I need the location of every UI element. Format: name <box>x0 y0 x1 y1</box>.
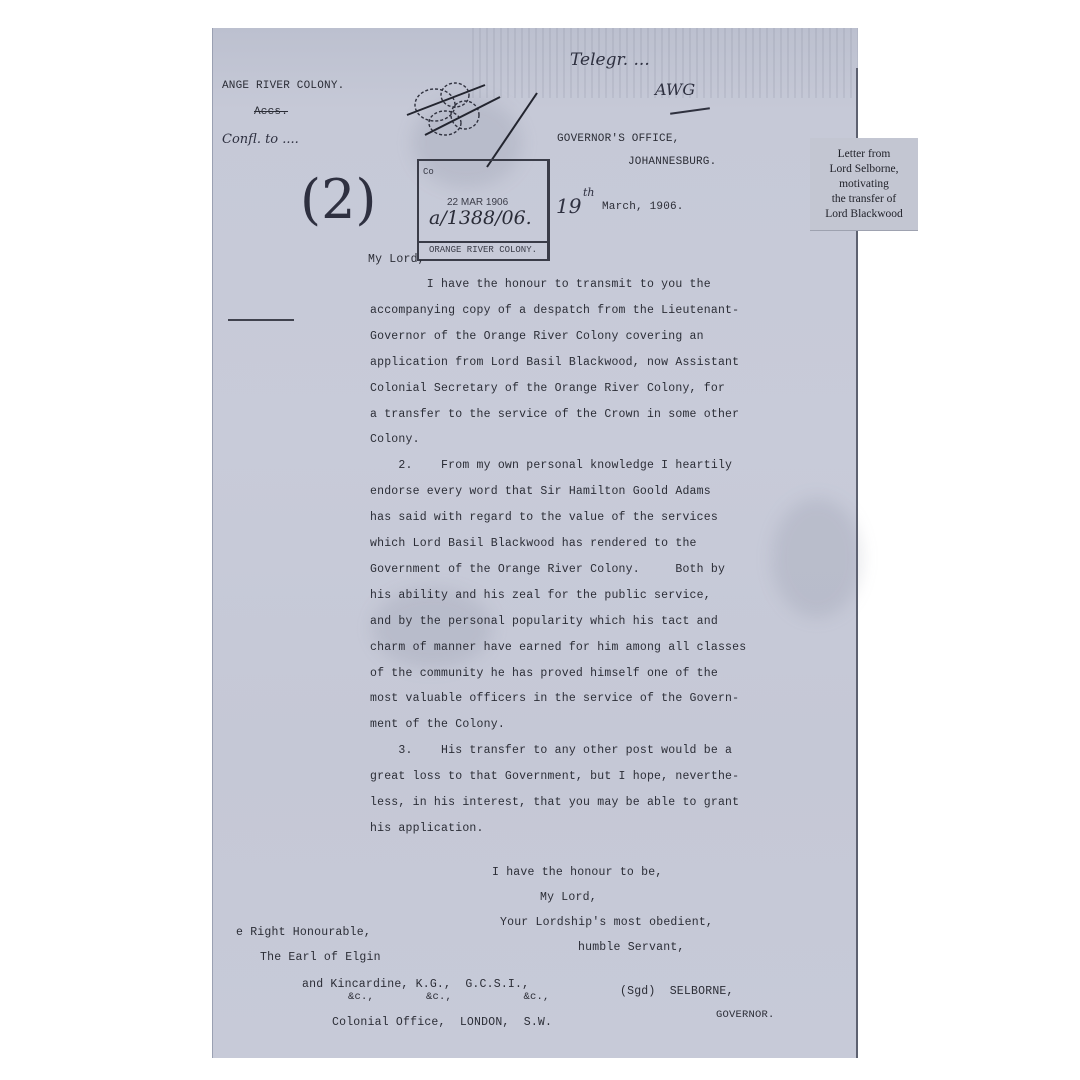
body-line: his ability and his zeal for the public … <box>370 589 711 602</box>
body-line: his application. <box>370 822 484 835</box>
caption-line: Lord Blackwood <box>825 207 903 222</box>
signatory-title: GOVERNOR. <box>716 1009 775 1021</box>
ink-smudge <box>772 498 862 618</box>
body-line: which Lord Basil Blackwood has rendered … <box>370 537 697 550</box>
body-line: ment of the Colony. <box>370 718 505 731</box>
stamp-footer: ORANGE RIVER COLONY. <box>419 241 547 259</box>
addressee-line-5: Colonial Office, LONDON, S.W. <box>332 1016 552 1029</box>
stamp-number: a/1388/06. <box>429 207 532 229</box>
date-line: March, 1906. <box>602 201 684 213</box>
caption-line: Letter from <box>825 147 903 162</box>
addressee-line-4: &c., &c., &c., <box>348 991 550 1003</box>
body-line: Colony. <box>370 433 420 446</box>
body-line: less, in his interest, that you may be a… <box>370 796 739 809</box>
office-line: GOVERNOR'S OFFICE, <box>557 133 679 145</box>
body-line: accompanying copy of a despatch from the… <box>370 304 739 317</box>
body-line: most valuable officers in the service of… <box>370 692 739 705</box>
body-line: of the community he has proved himself o… <box>370 667 718 680</box>
caption-line: the transfer of <box>825 192 903 207</box>
body-line: I have the honour to transmit to you the <box>370 278 711 291</box>
addressee-line-3: and Kincardine, K.G., G.C.S.I., <box>302 978 529 991</box>
date-day: 19 <box>556 194 581 218</box>
body-line: endorse every word that Sir Hamilton Goo… <box>370 485 711 498</box>
caption-line: Lord Selborne, <box>825 162 903 177</box>
body-line: 3. His transfer to any other post would … <box>370 744 732 757</box>
closing-line-2: My Lord, <box>540 891 597 904</box>
closing-line-4: humble Servant, <box>578 941 685 954</box>
closing-line-3: Your Lordship's most obedient, <box>500 916 713 929</box>
body-line: has said with regard to the value of the… <box>370 511 718 524</box>
closing-line-1: I have the honour to be, <box>492 866 662 879</box>
margin-rule <box>228 319 294 321</box>
body-line: charm of manner have earned for him amon… <box>370 641 746 654</box>
body-line: a transfer to the service of the Crown i… <box>370 408 739 421</box>
city-line: JOHANNESBURG. <box>628 156 716 168</box>
accs-label: Accs. <box>254 106 288 118</box>
stamp-top-text: Co <box>423 167 434 177</box>
handwritten-note-left: Confl. to .... <box>222 132 299 147</box>
registry-stamp: Co 22 MAR 1906 a/1388/06. ORANGE RIVER C… <box>417 159 550 261</box>
body-line: and by the personal popularity which his… <box>370 615 718 628</box>
caption-box: Letter from Lord Selborne, motivating th… <box>810 138 918 230</box>
handwritten-initials: AWG <box>655 80 695 99</box>
date-suffix: th <box>583 186 595 199</box>
body-line: Governor of the Orange River Colony cove… <box>370 330 704 343</box>
body-line: great loss to that Government, but I hop… <box>370 770 739 783</box>
salutation: My Lord, <box>368 253 425 266</box>
addressee-line-1: e Right Honourable, <box>236 926 371 939</box>
signature: (Sgd) SELBORNE, <box>620 985 734 998</box>
body-line: 2. From my own personal knowledge I hear… <box>370 459 732 472</box>
body-line: application from Lord Basil Blackwood, n… <box>370 356 739 369</box>
body-line: Colonial Secretary of the Orange River C… <box>370 382 725 395</box>
addressee-line-2: The Earl of Elgin <box>260 951 381 964</box>
caption-line: motivating <box>825 177 903 192</box>
colony-heading: ANGE RIVER COLONY. <box>222 80 344 92</box>
handwritten-note-top: Telegr. ... <box>570 50 650 70</box>
body-line: Government of the Orange River Colony. B… <box>370 563 725 576</box>
circled-number: (2) <box>300 168 377 231</box>
